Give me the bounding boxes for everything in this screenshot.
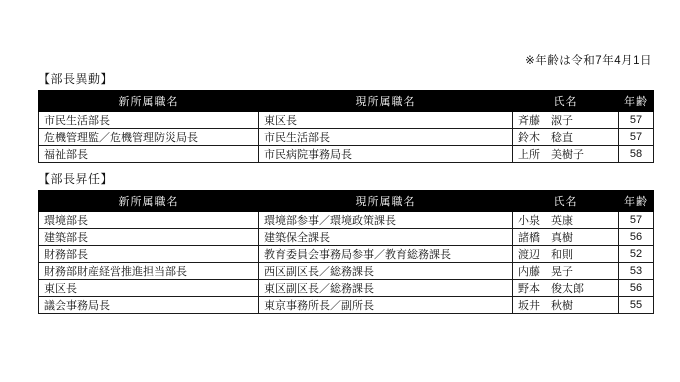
table-row: 議会事務局長 東京事務所長／副所長 坂井 秋樹 55 (39, 297, 654, 314)
column-header-current-position: 現所属職名 (259, 191, 513, 212)
cell-name: 内藤 晃子 (513, 263, 619, 280)
promotions-table: 新所属職名 現所属職名 氏名 年齢 環境部長 環境部参事／環境政策課長 小泉 英… (38, 190, 654, 314)
cell-name: 渡辺 和則 (513, 246, 619, 263)
cell-age: 52 (619, 246, 654, 263)
cell-age: 57 (619, 129, 654, 146)
cell-current-position: 東区長 (259, 112, 513, 129)
cell-current-position: 建築保全課長 (259, 229, 513, 246)
cell-age: 56 (619, 280, 654, 297)
table-row: 財務部財産経営推進担当部長 西区副区長／総務課長 内藤 晃子 53 (39, 263, 654, 280)
section-transfers: 【部長異動】 新所属職名 現所属職名 氏名 年齢 市民生活部長 東区長 斉藤 淑… (38, 70, 653, 163)
column-header-age: 年齢 (619, 91, 654, 112)
column-header-age: 年齢 (619, 191, 654, 212)
cell-current-position: 東区副区長／総務課長 (259, 280, 513, 297)
section-title-transfers: 【部長異動】 (38, 70, 653, 87)
cell-current-position: 環境部参事／環境政策課長 (259, 212, 513, 229)
table-row: 建築部長 建築保全課長 諸橋 真樹 56 (39, 229, 654, 246)
cell-current-position: 東京事務所長／副所長 (259, 297, 513, 314)
cell-name: 野本 俊太郎 (513, 280, 619, 297)
cell-name: 上所 美樹子 (513, 146, 619, 163)
table-row: 環境部長 環境部参事／環境政策課長 小泉 英康 57 (39, 212, 654, 229)
transfers-table: 新所属職名 現所属職名 氏名 年齢 市民生活部長 東区長 斉藤 淑子 57 危機… (38, 90, 654, 163)
cell-new-position: 財務部長 (39, 246, 259, 263)
column-header-current-position: 現所属職名 (259, 91, 513, 112)
cell-current-position: 市民生活部長 (259, 129, 513, 146)
table-row: 東区長 東区副区長／総務課長 野本 俊太郎 56 (39, 280, 654, 297)
cell-new-position: 財務部財産経営推進担当部長 (39, 263, 259, 280)
cell-name: 坂井 秋樹 (513, 297, 619, 314)
cell-new-position: 福祉部長 (39, 146, 259, 163)
cell-new-position: 建築部長 (39, 229, 259, 246)
cell-new-position: 市民生活部長 (39, 112, 259, 129)
cell-current-position: 教育委員会事務局参事／教育総務課長 (259, 246, 513, 263)
section-promotions: 【部長昇任】 新所属職名 現所属職名 氏名 年齢 環境部長 環境部参事／環境政策… (38, 170, 653, 314)
cell-new-position: 危機管理監／危機管理防災局長 (39, 129, 259, 146)
cell-name: 諸橋 真樹 (513, 229, 619, 246)
cell-name: 斉藤 淑子 (513, 112, 619, 129)
cell-new-position: 東区長 (39, 280, 259, 297)
cell-age: 56 (619, 229, 654, 246)
age-reference-note: ※年齢は令和7年4月1日 (525, 52, 652, 68)
table-row: 財務部長 教育委員会事務局参事／教育総務課長 渡辺 和則 52 (39, 246, 654, 263)
table-header-row: 新所属職名 現所属職名 氏名 年齢 (39, 91, 654, 112)
table-row: 危機管理監／危機管理防災局長 市民生活部長 鈴木 稔直 57 (39, 129, 654, 146)
cell-new-position: 環境部長 (39, 212, 259, 229)
cell-age: 55 (619, 297, 654, 314)
personnel-notice-page: ※年齢は令和7年4月1日 【部長異動】 新所属職名 現所属職名 氏名 年齢 市民… (0, 0, 680, 382)
cell-age: 53 (619, 263, 654, 280)
column-header-new-position: 新所属職名 (39, 91, 259, 112)
cell-name: 鈴木 稔直 (513, 129, 619, 146)
section-title-promotions: 【部長昇任】 (38, 170, 653, 187)
cell-name: 小泉 英康 (513, 212, 619, 229)
column-header-name: 氏名 (513, 91, 619, 112)
cell-age: 57 (619, 212, 654, 229)
cell-current-position: 市民病院事務局長 (259, 146, 513, 163)
table-header-row: 新所属職名 現所属職名 氏名 年齢 (39, 191, 654, 212)
cell-new-position: 議会事務局長 (39, 297, 259, 314)
cell-current-position: 西区副区長／総務課長 (259, 263, 513, 280)
table-row: 市民生活部長 東区長 斉藤 淑子 57 (39, 112, 654, 129)
column-header-new-position: 新所属職名 (39, 191, 259, 212)
table-row: 福祉部長 市民病院事務局長 上所 美樹子 58 (39, 146, 654, 163)
cell-age: 58 (619, 146, 654, 163)
column-header-name: 氏名 (513, 191, 619, 212)
cell-age: 57 (619, 112, 654, 129)
